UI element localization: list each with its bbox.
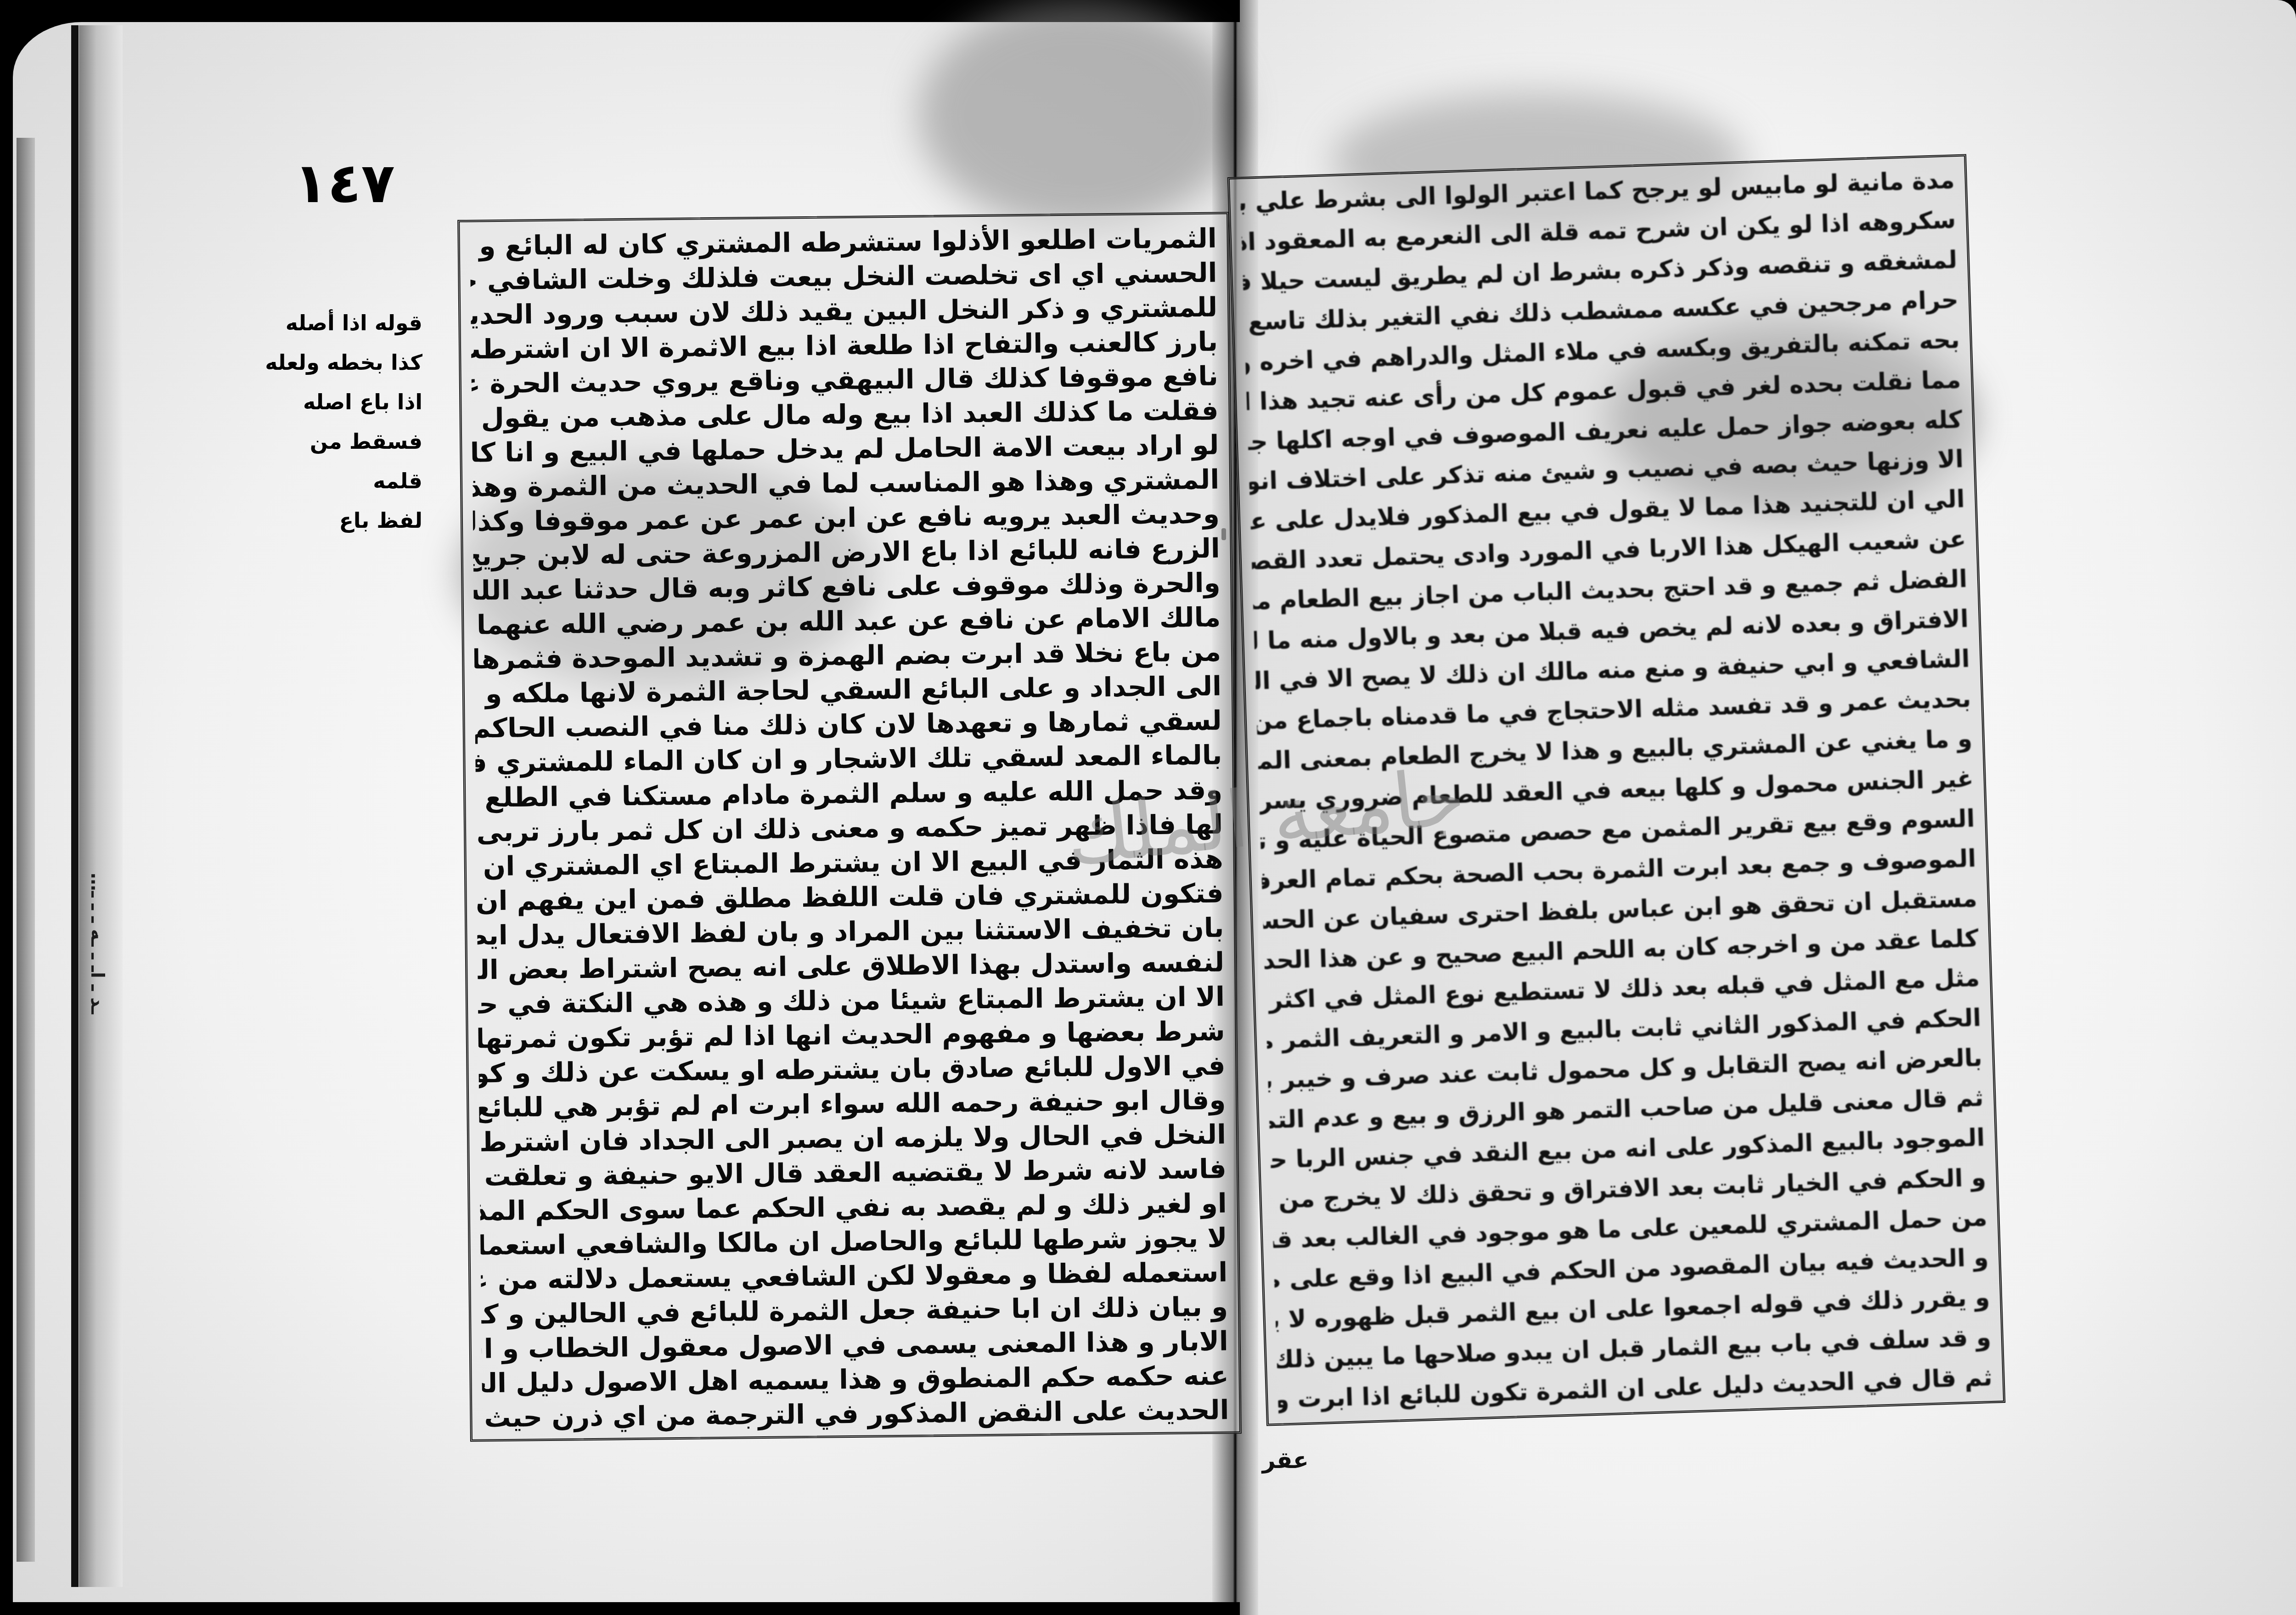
marginal-note: قوله اذا أصله كذا بخطه ولعله اذا باع اصل… (257, 303, 422, 540)
page-number: ١٤٧ (294, 152, 395, 215)
right-text-block: مدة مانية لو مابيس لو يرجح كما اعتبر الو… (1227, 154, 2006, 1426)
left-page-edge (17, 138, 35, 1562)
manuscript-spread: ١٤٧ قوله اذا أصله كذا بخطه ولعله اذا باع… (0, 0, 2296, 1615)
spine-text: …ـد ـ اـ ـ ـه ـ ـ ـ (80, 873, 108, 1470)
binding-spine (71, 25, 79, 1587)
marginal-note-line: لفظ باع (257, 501, 422, 540)
left-text-block: الثمريات اطلعو الأذلوا ستشرطه المشتري كا… (457, 212, 1242, 1441)
text-line: الحديث على النقض المذكور في الترجمة من ا… (482, 1391, 1229, 1434)
right-text-lines: مدة مانية لو مابيس لو يرجح كما اعتبر الو… (1230, 157, 2003, 1424)
marginal-note-line: قوله اذا أصله كذا بخطه ولعله (257, 303, 422, 382)
water-stain (918, 0, 1240, 230)
left-text-lines: الثمريات اطلعو الأذلوا ستشرطه المشتري كا… (460, 214, 1239, 1439)
marginal-note-line: اذا باع اصله فسقط من قلمه (257, 382, 422, 501)
catchword: عقر (1267, 1447, 1309, 1479)
